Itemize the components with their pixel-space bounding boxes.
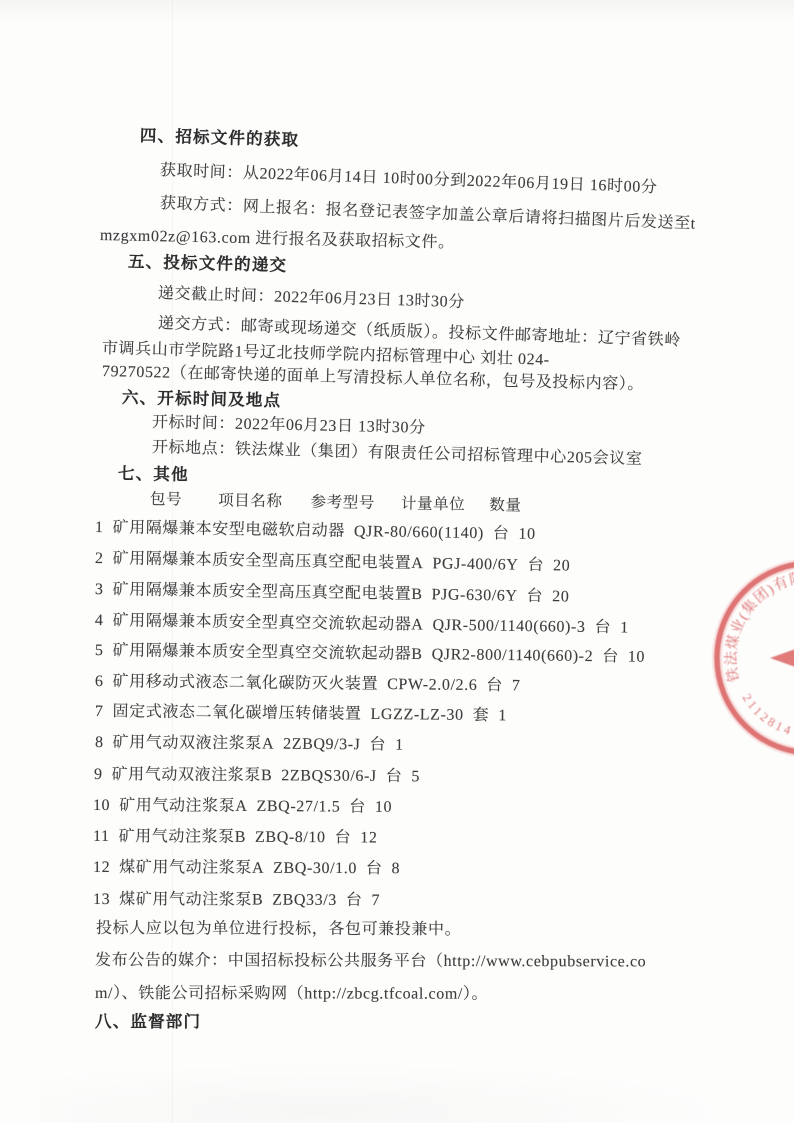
row-name: 矿用隔爆兼本安型电磁软启动器 — [112, 514, 345, 541]
row-unit: 台 — [349, 794, 366, 817]
announcement-media-line-1: 发布公告的媒介：中国招标投标公共服务平台（http://www.cebpubse… — [95, 947, 646, 971]
row-model: CPW-2.0/2.6 — [387, 676, 477, 695]
official-seal: 铁法煤业(集团)有限 2112814 — [655, 540, 794, 775]
row-unit: 台 — [493, 520, 510, 543]
row-no: 5 — [95, 642, 104, 660]
row-no: 1 — [95, 519, 104, 537]
row-no: 8 — [95, 734, 104, 752]
row-model: ZBQ-8/10 — [255, 829, 326, 847]
header-model: 参考型号 — [310, 490, 375, 513]
row-name: 矿用气动注浆泵B — [119, 823, 247, 847]
row-model: ZBQ33/3 — [272, 892, 337, 910]
row-no: 4 — [95, 612, 104, 630]
row-no: 10 — [93, 797, 110, 815]
row-name: 煤矿用气动注浆泵B — [119, 886, 263, 910]
row-qty: 7 — [512, 677, 521, 695]
row-model: QJR-500/1140(660)-3 — [432, 617, 585, 637]
table-row: 11 矿用气动注浆泵B ZBQ-8/10 台 12 — [93, 823, 378, 847]
row-model: QJR-80/660(1140) — [354, 523, 484, 543]
open-place-line: 开标地点：铁法煤业（集团）有限责任公司招标管理中心205会议室 — [152, 434, 643, 469]
row-model: ZBQ-30/1.0 — [273, 860, 357, 878]
row-qty: 20 — [553, 557, 570, 575]
row-qty: 10 — [628, 649, 645, 667]
row-model: PJG-630/6Y — [431, 586, 517, 605]
star-icon — [761, 606, 794, 703]
row-name: 矿用移动式液态二氧化碳防灭火装置 — [112, 668, 378, 694]
row-unit: 台 — [486, 672, 503, 695]
table-row: 4 矿用隔爆兼本质安全型真空交流软起动器A QJR-500/1140(660)-… — [95, 607, 629, 637]
row-model: PGJ-400/6Y — [432, 555, 518, 574]
row-model: LGZZ-LZ-30 — [370, 706, 463, 725]
seal-company-textpath: 铁法煤业(集团)有限 — [722, 569, 794, 683]
row-unit: 台 — [335, 824, 352, 847]
row-name: 矿用隔爆兼本质安全型高压真空配电装置A — [112, 545, 423, 573]
table-row: 3 矿用隔爆兼本质安全型高压真空配电装置B PJG-630/6Y 台 20 — [95, 576, 570, 606]
submit-deadline-line: 递交截止时间：2022年06月23日 13时30分 — [158, 280, 466, 312]
row-qty: 7 — [372, 892, 381, 910]
table-row: 5 矿用隔爆兼本质安全型真空交流软起动器B QJR2-800/1140(660)… — [95, 637, 645, 667]
row-no: 7 — [95, 703, 104, 721]
table-header-row: 包号 项目名称 参考型号 计量单位 数量 — [150, 487, 522, 515]
table-row: 9 矿用气动双液注浆泵B 2ZBQS30/6-J 台 5 — [94, 761, 420, 786]
header-item-name: 项目名称 — [218, 488, 283, 511]
row-qty: 10 — [375, 799, 392, 817]
table-row: 8 矿用气动双液注浆泵A 2ZBQ9/3-J 台 1 — [95, 729, 404, 755]
section-8-heading: 八、监督部门 — [95, 1008, 201, 1032]
row-qty: 5 — [411, 768, 420, 786]
row-qty: 1 — [620, 619, 629, 637]
row-qty: 12 — [360, 829, 377, 847]
row-model: QJR2-800/1140(660)-2 — [432, 646, 594, 666]
table-row: 12 煤矿用气动注浆泵A ZBQ-30/1.0 台 8 — [93, 854, 400, 878]
row-name: 煤矿用气动注浆泵A — [119, 854, 264, 878]
obtain-time-line: 获取时间：从2022年06月14日 10时00分到2022年06月19日 16时… — [160, 157, 658, 197]
row-name: 固定式液态二氧化碳增压转储装置 — [112, 698, 361, 724]
row-unit: 台 — [527, 552, 544, 575]
row-qty: 20 — [552, 588, 569, 606]
scan-smudge — [40, 1063, 740, 1123]
row-model: 2ZBQS30/6-J — [281, 767, 377, 786]
scan-edge-shadow — [0, 0, 794, 24]
row-no: 9 — [94, 766, 103, 784]
section-6-heading: 六、开标时间及地点 — [122, 384, 282, 411]
section-7-heading: 七、其他 — [118, 460, 189, 485]
row-name: 矿用隔爆兼本质安全型真空交流软起动器B — [112, 637, 422, 664]
announcement-media-line-2: m/）、铁能公司招标采购网（http://zbcg.tfcoal.com/）。 — [95, 980, 488, 1004]
table-row: 7 固定式液态二氧化碳增压转储装置 LGZZ-LZ-30 套 1 — [95, 698, 507, 725]
row-no: 11 — [93, 828, 110, 846]
table-row: 6 矿用移动式液态二氧化碳防灭火装置 CPW-2.0/2.6 台 7 — [95, 668, 521, 695]
row-qty: 1 — [498, 707, 507, 725]
section-4-heading: 四、招标文件的获取 — [140, 122, 300, 150]
row-model: ZBQ-27/1.5 — [256, 798, 340, 817]
row-no: 13 — [93, 891, 110, 909]
row-name: 矿用气动双液注浆泵B — [112, 761, 273, 785]
table-row: 2 矿用隔爆兼本质安全型高压真空配电装置A PGJ-400/6Y 台 20 — [95, 545, 571, 575]
row-unit: 套 — [473, 702, 490, 725]
row-no: 12 — [93, 859, 110, 877]
row-name: 矿用隔爆兼本质安全型真空交流软起动器A — [112, 607, 423, 634]
row-model: 2ZBQ9/3-J — [283, 736, 361, 755]
row-unit: 台 — [369, 731, 386, 754]
bid-package-note-line: 投标人应以包为单位进行投标，各包可兼投兼中。 — [96, 915, 461, 939]
row-name: 矿用隔爆兼本质安全型高压真空配电装置B — [112, 576, 422, 604]
row-name: 矿用气动注浆泵A — [119, 792, 247, 816]
row-qty: 10 — [518, 526, 535, 544]
scanned-document-page: 四、招标文件的获取 获取时间：从2022年06月14日 10时00分到2022年… — [0, 0, 794, 1123]
header-package-no: 包号 — [150, 487, 183, 510]
row-no: 2 — [95, 550, 104, 568]
section-5-heading: 五、投标文件的递交 — [128, 248, 288, 276]
row-qty: 1 — [395, 737, 404, 755]
row-name: 矿用气动双液注浆泵A — [113, 729, 275, 753]
row-unit: 台 — [366, 855, 383, 878]
table-row: 1 矿用隔爆兼本安型电磁软启动器 QJR-80/660(1140) 台 10 — [95, 514, 536, 544]
seal-company-text: 铁法煤业(集团)有限 — [722, 569, 794, 683]
row-no: 3 — [95, 581, 104, 599]
row-unit: 台 — [594, 614, 611, 637]
row-no: 6 — [95, 673, 104, 691]
table-row: 13 煤矿用气动注浆泵B ZBQ33/3 台 7 — [93, 886, 380, 910]
header-qty: 数量 — [489, 493, 522, 516]
row-unit: 台 — [526, 583, 543, 606]
header-unit: 计量单位 — [401, 491, 466, 514]
open-time-line: 开标时间：2022年06月23日 13时30分 — [152, 409, 426, 438]
row-unit: 台 — [346, 887, 363, 910]
row-qty: 8 — [392, 860, 401, 878]
row-unit: 台 — [602, 643, 619, 666]
row-unit: 台 — [386, 763, 403, 786]
table-row: 10 矿用气动注浆泵A ZBQ-27/1.5 台 10 — [93, 792, 392, 817]
